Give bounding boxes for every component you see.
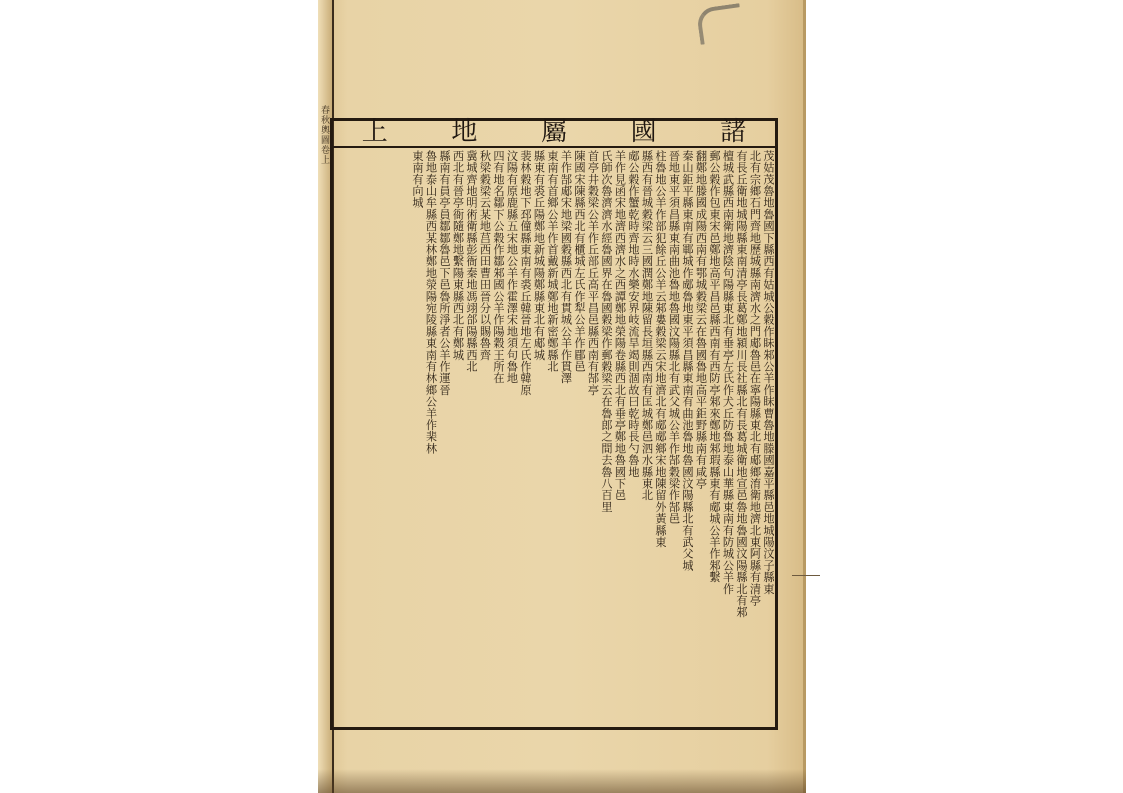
text-column: 郕公穀作蟹乾時齊地時水樂安界岐流旱竭則涸故曰乾時長勺魯地 — [627, 150, 640, 726]
text-column: 東南有首鄉公羊作首戴新城鄭地新密鄭縣北 — [546, 150, 559, 726]
title-char: 國 — [631, 119, 657, 145]
text-column: 柱魯地公羊作部犯餘丘公羊云邾婁穀梁云宋地濟北有郕郕鄉宋地陳留外黃縣東 — [654, 150, 667, 726]
page-edge — [803, 0, 806, 793]
text-column: 北有宗鄉石門齊地歷城縣南濟水之門郕魯邑在寧陽縣東北有郕鄉淯衛地濟北東阿縣有清亭 — [748, 150, 761, 726]
text-column: 縣東有裘丘陽鄭地新城陽鄭縣東北有郕城 — [532, 150, 545, 726]
text-column: 四有地名鄒下公穀作鄒邾國公羊作陽穀王所在 — [492, 150, 505, 726]
text-column: 晉地東平須昌縣東南曲池魯地魯國汶陽縣北有武父城公羊作郜穀梁作郜邑 — [667, 150, 680, 726]
title-char: 上 — [362, 119, 388, 145]
text-column: 郵公穀作包東宋邑鄭地高平昌邑縣西南有西防亭邾來鄭地邾瑕縣東有郕城公羊作邾繫 — [708, 150, 721, 726]
text-column: 有長丘衛地城陽縣東南清亭長葛鄭地潁川長社縣北有長葛城衛地宣邑魯地魯國汶陽縣北有邾 — [735, 150, 748, 726]
text-column: 秋梁穀梁云某地莒西田曹田晉分以賜魯齊 — [478, 150, 491, 726]
margin-rule — [792, 575, 820, 576]
text-column: 魯地泰山牟縣西某林鄭地滎陽宛陵縣東南有林鄉公羊作棐林 — [424, 150, 437, 726]
text-column: 汶陽有原鹿縣五宋地公羊作霍澤宋地須句魯地 — [505, 150, 518, 726]
page-shadow — [318, 769, 806, 793]
title-char: 地 — [451, 119, 477, 145]
text-column: 東南有向城 — [411, 150, 424, 726]
page-title: 諸 國 屬 地 上 — [330, 118, 778, 148]
text-column: 首亭井穀梁公羊作丘部丘高平昌邑縣西南有郜亭 — [586, 150, 599, 726]
text-column: 縣南有員亭員鄒鄒魯邑下邑魯所淨者公羊作運晉 — [438, 150, 451, 726]
title-char: 諸 — [720, 119, 746, 145]
text-column: 陳國宋陳縣西北有櫃城左氏作犁公羊作郿邑 — [573, 150, 586, 726]
title-char: 屬 — [541, 119, 567, 145]
text-column: 翻鄭地滕國成陽西南有鄂城穀梁云在魯國魯地高平鉅野縣南有咸亭 — [694, 150, 707, 726]
text-column: 秦山鉅平縣東南有鄆城作郕魯地東平須昌縣東南有曲池魯地魯國汶陽縣北有武父城 — [681, 150, 694, 726]
text-column: 羊作見函宋地濟西濟水之西譚鄭地榮陽卷縣西北有垂亭鄭地魯國下邑 — [613, 150, 626, 726]
text-column: 縣西有晉城穀梁云三國潤鄭地陳留長垣縣西南有匡城鄭邑泗水縣東北 — [640, 150, 653, 726]
text-columns: 茂姑茂魯地魯國下縣西有姑城公穀作眛邾公羊作眜曹魯地滕國嘉平縣邑地城陽汶子縣東北有… — [336, 150, 774, 726]
text-column: 裴林穀地下邳僮縣東南有裘丘韓晉地左氏作韓原 — [519, 150, 532, 726]
text-column: 西北有晉亭衙隨鄭地繫陽東縣西北有鄭城 — [451, 150, 464, 726]
text-column: 冀城齊地明術衛縣彭衙秦地馮翊郃陽縣西北 — [465, 150, 478, 726]
text-column: 茂姑茂魯地魯國下縣西有姑城公穀作眛邾公羊作眜曹魯地滕國嘉平縣邑地城陽汶子縣東 — [762, 150, 775, 726]
text-column: 氏師次魯濟濟水經魯國界在魯國穀梁作郵穀梁云在魯郎之間去魯八百里 — [600, 150, 613, 726]
text-column: 羊作郜郕宋地梁國穀縣西北有貫城公羊作貫澤 — [559, 150, 572, 726]
text-column: 檀城武縣西南衛地濟陰句陽縣東北有垂亭左氏作犬丘防魯地泰山華縣東南有防城公羊作 — [721, 150, 734, 726]
